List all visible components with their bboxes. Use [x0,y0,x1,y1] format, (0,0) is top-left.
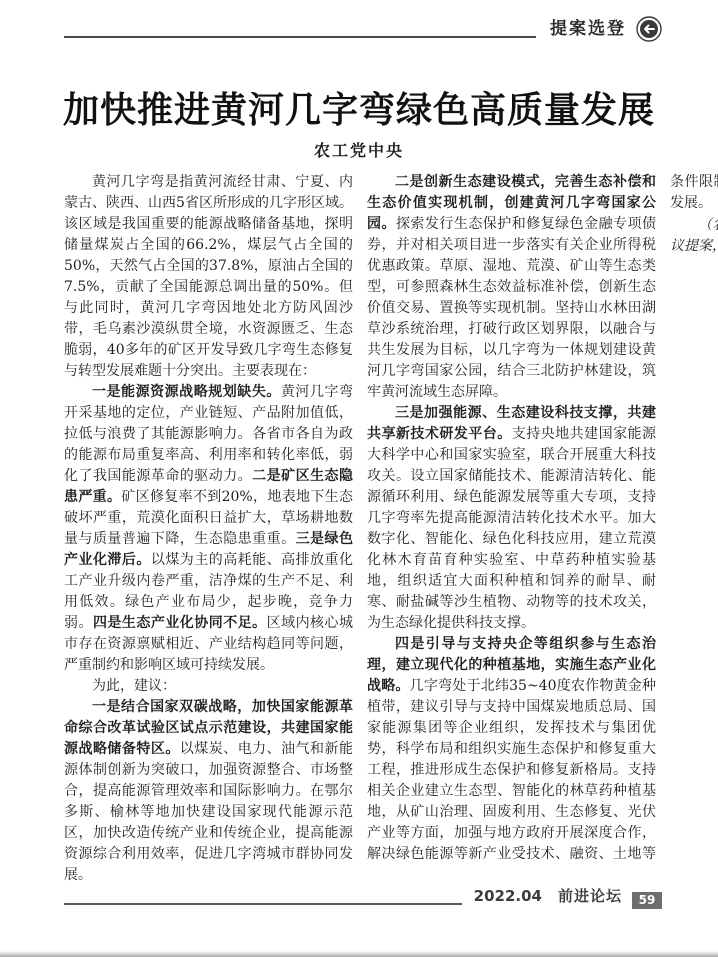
page-number-badge: 59 [632,892,662,909]
article-paragraph: 为此，建议： [64,676,353,697]
page-bottom-edge [0,951,718,957]
header-rule [64,36,536,38]
page-header: 提案选登 [64,16,662,42]
paragraph-text: 支持央地共建国家能源大科学中心和国家实验室，联合开展重大科技攻关。设立国家储能技… [367,426,656,631]
paragraph-text: 为此，建议： [92,678,176,694]
paragraph-text: 探索发行生态保护和修复绿色金融专项债券，并对相关项目进一步落实有关企业所得税优惠… [367,216,656,400]
article-columns: 黄河几字弯是指黄河流经甘肃、宁夏、内蒙古、陕西、山西5省区所形成的几字形区域。该… [64,172,656,890]
paragraph-lead-bold: 一是能源资源战略规划缺失。 [92,384,281,400]
section-label: 提案选登 [536,18,636,42]
magazine-page: 提案选登 加快推进黄河几字弯绿色高质量发展 农工党中央 黄河几字弯是指黄河流经甘… [0,0,718,957]
article-paragraph: 二是创新生态建设模式，完善生态补偿和生态价值实现机制，创建黄河几字弯国家公园。探… [367,172,656,403]
article-author: 农工党中央 [0,138,718,161]
back-arrow-circle-icon [636,16,662,42]
page-footer: 2022.04 前进论坛 59 [64,888,662,906]
paragraph-text: （农工党中央提交全国政协十三届五次会议提案，略有删减） [670,217,718,254]
article-paragraph: 黄河几字弯是指黄河流经甘肃、宁夏、内蒙古、陕西、山西5省区所形成的几字形区域。该… [64,172,353,382]
editor-line: 责任编辑李想 [670,287,718,308]
footer-journal-name: 前进论坛 [550,888,632,906]
footer-issue: 2022.04 [462,888,550,906]
article-paragraph: 一是能源资源战略规划缺失。黄河几字弯开采基地的定位，产业链短、产品附加值低，拉低… [64,382,353,676]
article-body: 黄河几字弯是指黄河流经甘肃、宁夏、内蒙古、陕西、山西5省区所形成的几字形区域。该… [64,172,718,890]
page-title: 加快推进黄河几字弯绿色高质量发展 [0,82,718,133]
paragraph-text: 以煤炭、电力、油气和新能源体制创新为突破口，加强资源整合、市场整合，提高能源管理… [64,741,353,883]
article-paragraph: 三是加强能源、生态建设科技支撑，共建共享新技术研发平台。支持央地共建国家能源大科… [367,403,656,634]
source-note-paragraph: （农工党中央提交全国政协十三届五次会议提案，略有删减） [670,215,718,257]
article-paragraph: 一是结合国家双碳战略，加快国家能源革命综合改革试验区试点示范建设，共建国家能源战… [64,697,353,886]
paragraph-lead-bold: 四是生态产业化协同不足。 [93,615,267,631]
paragraph-text: 黄河几字弯是指黄河流经甘肃、宁夏、内蒙古、陕西、山西5省区所形成的几字形区域。该… [64,174,353,379]
footer-rule [64,903,462,905]
